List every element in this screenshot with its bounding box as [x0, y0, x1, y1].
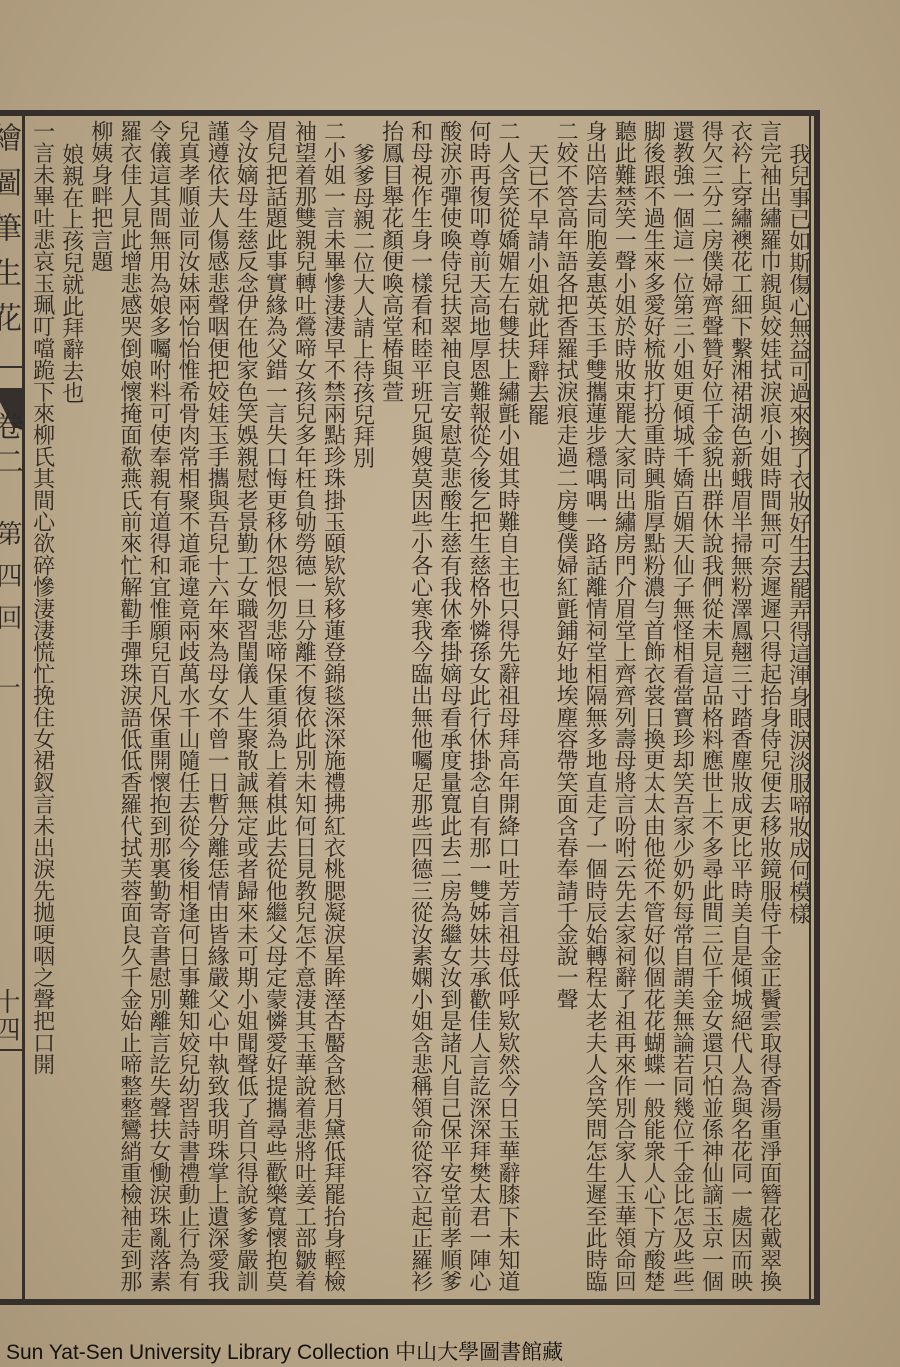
- text-column: 得欠三分二房僕婦齊聲贊好位千金貌出群休說我們從未見這品格料應世上不多尋此間三位千…: [696, 0, 725, 1300]
- book-title: 繪圖筆生花: [0, 122, 20, 347]
- text-column: 二小姐一言未畢慘淒淒早不禁兩點珍珠掛玉頤欵欵移蓮登錦毯深深施禮拂紅衣桃腮凝淚星眸…: [318, 0, 347, 1300]
- text-column: 何時再復叩尊前天高地厚恩難報從今後乞把生慈格外憐孫女此行休掛念自有那一雙姊妹共承…: [464, 0, 493, 1300]
- text-column-speech: 爹爹母親二位大人請上待孩兒拜別: [347, 0, 376, 1323]
- text-column: 袖望着那雙親兒轉吐鶯啼女孩兒多年枉負劬勞德一旦分離不復依此別未知何日見教兒怎不意…: [289, 0, 318, 1300]
- text-body: 我兒事已如斯傷心無益可過來換了衣妝好生去罷弄得這渾身眼淚淡服啼妝成何模樣 言完袖…: [28, 0, 813, 1300]
- text-column-speech: 我兒事已如斯傷心無益可過來換了衣妝好生去罷弄得這渾身眼淚淡服啼妝成何模樣: [784, 0, 813, 1323]
- text-column: 一言未畢吐悲哀玉珮叮噹跪下來柳氏其間心欲碎慘淒淒慌忙挽住女裙釵言未出淚先拋哽咽之…: [28, 0, 57, 1300]
- chapter-label: 第四回: [0, 520, 22, 646]
- text-column: 聽此難禁笑一聲小姐於時妝束罷大家同出繡房門介眉堂上齊齊列壽母將言吩咐云先去家祠辭…: [609, 0, 638, 1300]
- text-column-speech: 天已不早請小姐就此拜辭去罷: [522, 0, 551, 1323]
- text-column: 言完袖出繡羅巾親與姣娃拭淚痕小姐時間無可奈遲遲只得起抬身侍兒便去移妝鏡服侍千金正…: [755, 0, 784, 1300]
- section-mark: 一: [0, 676, 20, 698]
- volume-label: 卷二: [0, 410, 22, 482]
- text-column: 柳姨身畔把言題: [86, 0, 115, 1300]
- text-column: 身出陪去同胞姜惠英玉手雙攜蓮步穩喁喁一路話離情祠堂相隔無多地直走了一個時辰始轉程…: [580, 0, 609, 1300]
- text-column: 衣衿上穿繡襖花工細下繫湘裙湖色新蛾眉半掃無粉澤鳳翹三寸踏香塵妝成更比平時美自是傾…: [725, 0, 754, 1300]
- text-column: 令儀這其間無用為娘多囑咐料可使奉親有道得和宜惟願兒百凡保重開懷抱到那裏勤寄音書慰…: [144, 0, 173, 1300]
- frame-right-outer-border: [814, 110, 820, 1305]
- center-fold-separator: [22, 110, 25, 1305]
- text-column: 眉兒把話題此事實緣為父錯一言失口悔更移休怨恨勿悲啼保重須為上着棋此去從他繼父母定…: [260, 0, 289, 1300]
- text-column: 羅衣佳人見此增悲感哭倒娘懷掩面欷燕氏前來忙解勸手彈珠淚語低低香羅代拭芙蓉面良久千…: [115, 0, 144, 1300]
- text-column: 令汝嫡母生慈反念伊在他家色笑娛親慰老景勤工女職習閨儀人生聚散誠無定或者歸來未可期…: [231, 0, 260, 1300]
- text-column: 二人含笑從嬌媚左右雙扶上繡氈小姐其時難自主也只得先辭祖母拜高年開絳口吐芳言祖母低…: [493, 0, 522, 1300]
- text-column: 脚後跟不過生來多愛好梳妝打扮重時興脂厚點粉濃勻首飾衣裳日換更太太由他從不管好似個…: [638, 0, 667, 1300]
- page-number-line: [0, 1049, 22, 1051]
- text-column: 謹遵依夫人傷感悲聲咽便把姣娃玉手攜與吾兒十六年來為母女不曾一日暫分離恁情由皆緣嚴…: [202, 0, 231, 1300]
- text-column: 酸淚亦彈使喚侍兒扶翠袖良言安慰莫悲酸生慈有我休牽掛嫡母看承度量寬此去二房為繼女汝…: [435, 0, 464, 1300]
- text-column: 和母視作生身一樣看和睦平班兄與嫂莫因些小各心寒我今臨出無他囑足那些四德三從汝素嫻…: [406, 0, 435, 1300]
- page-number: 十四: [0, 988, 20, 1044]
- text-column: 抬鳳目舉花顏便喚高堂椿與萱: [377, 0, 406, 1300]
- text-column: 二姣不答高年語各把香羅拭淚痕走過二房雙僕婦紅氈鋪好地埃塵容帶笑面含春奉請千金說一…: [551, 0, 580, 1300]
- text-column: 兒真孝順並同汝妹兩怡怡惟希骨肉常相聚不道乖違竟兩歧萬水千山隨任去從今後相逢何日事…: [173, 0, 202, 1300]
- collection-caption: Sun Yat-Sen University Library Collectio…: [6, 1336, 563, 1366]
- title-end-line: [0, 366, 22, 368]
- text-column: 還教強一個這一位第三小姐更傾城千嬌百媚天仙子無怪相看當寶珍却笑吾家少奶奶每常自謂…: [667, 0, 696, 1300]
- text-column-speech: 娘親在上孩兒就此拜辭去也: [57, 0, 86, 1323]
